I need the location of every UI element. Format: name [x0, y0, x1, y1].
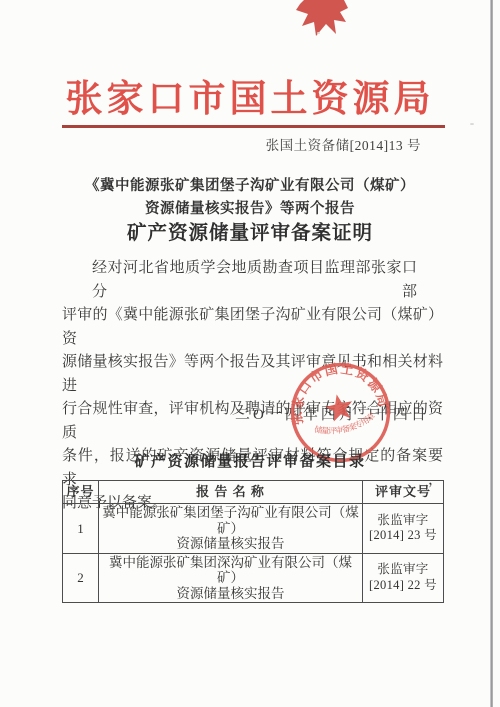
table-header-row: 序号 报 告 名 称 评审文号 [63, 481, 444, 504]
row-serial: 1 [63, 504, 99, 554]
table-row: 2 冀中能源张矿集团深沟矿业有限公司（煤矿） 资源储量核实报告 张监审字 [20… [63, 553, 444, 603]
cutoff-stamp-fragment-icon [296, 0, 350, 38]
col-header-serial: 序号 [63, 481, 99, 504]
body-line: 经对河北省地质学会地质勘查项目监理部张家口分部 [62, 257, 443, 304]
scan-speck [470, 123, 474, 125]
report-name-line: 资源储量核实报告 [101, 536, 360, 552]
report-name-line: 冀中能源张矿集团深沟矿业有限公司（煤矿） [101, 555, 360, 586]
review-doc-line: [2014] 22 号 [365, 578, 441, 594]
review-doc-line: 张监审字 [365, 513, 441, 529]
table-row: 1 冀中能源张矿集团堡子沟矿业有限公司（煤矿） 资源储量核实报告 张监审字 [2… [63, 504, 444, 554]
header-divider-rule [62, 125, 445, 128]
row-review-doc: 张监审字 [2014] 22 号 [363, 553, 444, 603]
scan-page-edge [490, 0, 493, 707]
row-report-name: 冀中能源张矿集团堡子沟矿业有限公司（煤矿） 资源储量核实报告 [99, 504, 363, 554]
scanned-document-page: 张家口市国土资源局 张国土资备储[2014]13 号 《冀中能源张矿集团堡子沟矿… [0, 0, 500, 707]
row-serial: 2 [63, 553, 99, 603]
review-doc-line: [2014] 23 号 [365, 528, 441, 544]
scan-speck [317, 32, 320, 34]
seal-star-icon [323, 392, 355, 423]
review-record-table: 序号 报 告 名 称 评审文号 1 冀中能源张矿集团堡子沟矿业有限公司（煤矿） … [62, 480, 444, 603]
body-line: 评审的《冀中能源张矿集团堡子沟矿业有限公司（煤矿）资 [62, 304, 443, 351]
row-review-doc: 张监审字 [2014] 23 号 [363, 504, 444, 554]
col-header-report-name: 报 告 名 称 [99, 481, 363, 504]
review-doc-line: 张监审字 [365, 562, 441, 578]
subject-line-1: 《冀中能源张矿集团堡子沟矿业有限公司（煤矿） [0, 174, 500, 195]
document-reference-number: 张国土资备储[2014]13 号 [0, 134, 421, 154]
certificate-title: 矿产资源储量评审备案证明 [0, 217, 500, 245]
report-name-line: 资源储量核实报告 [101, 586, 360, 602]
report-name-line: 冀中能源张矿集团堡子沟矿业有限公司（煤矿） [101, 505, 360, 536]
col-header-review-doc: 评审文号 [363, 481, 444, 504]
row-report-name: 冀中能源张矿集团深沟矿业有限公司（煤矿） 资源储量核实报告 [99, 553, 363, 603]
catalog-section-title: 矿产资源储量报告评审备案目录 [0, 450, 500, 471]
agency-header-title: 张家口市国土资源局 [0, 68, 500, 122]
subject-line-2: 资源储量核实报告》等两个报告 [0, 197, 500, 218]
